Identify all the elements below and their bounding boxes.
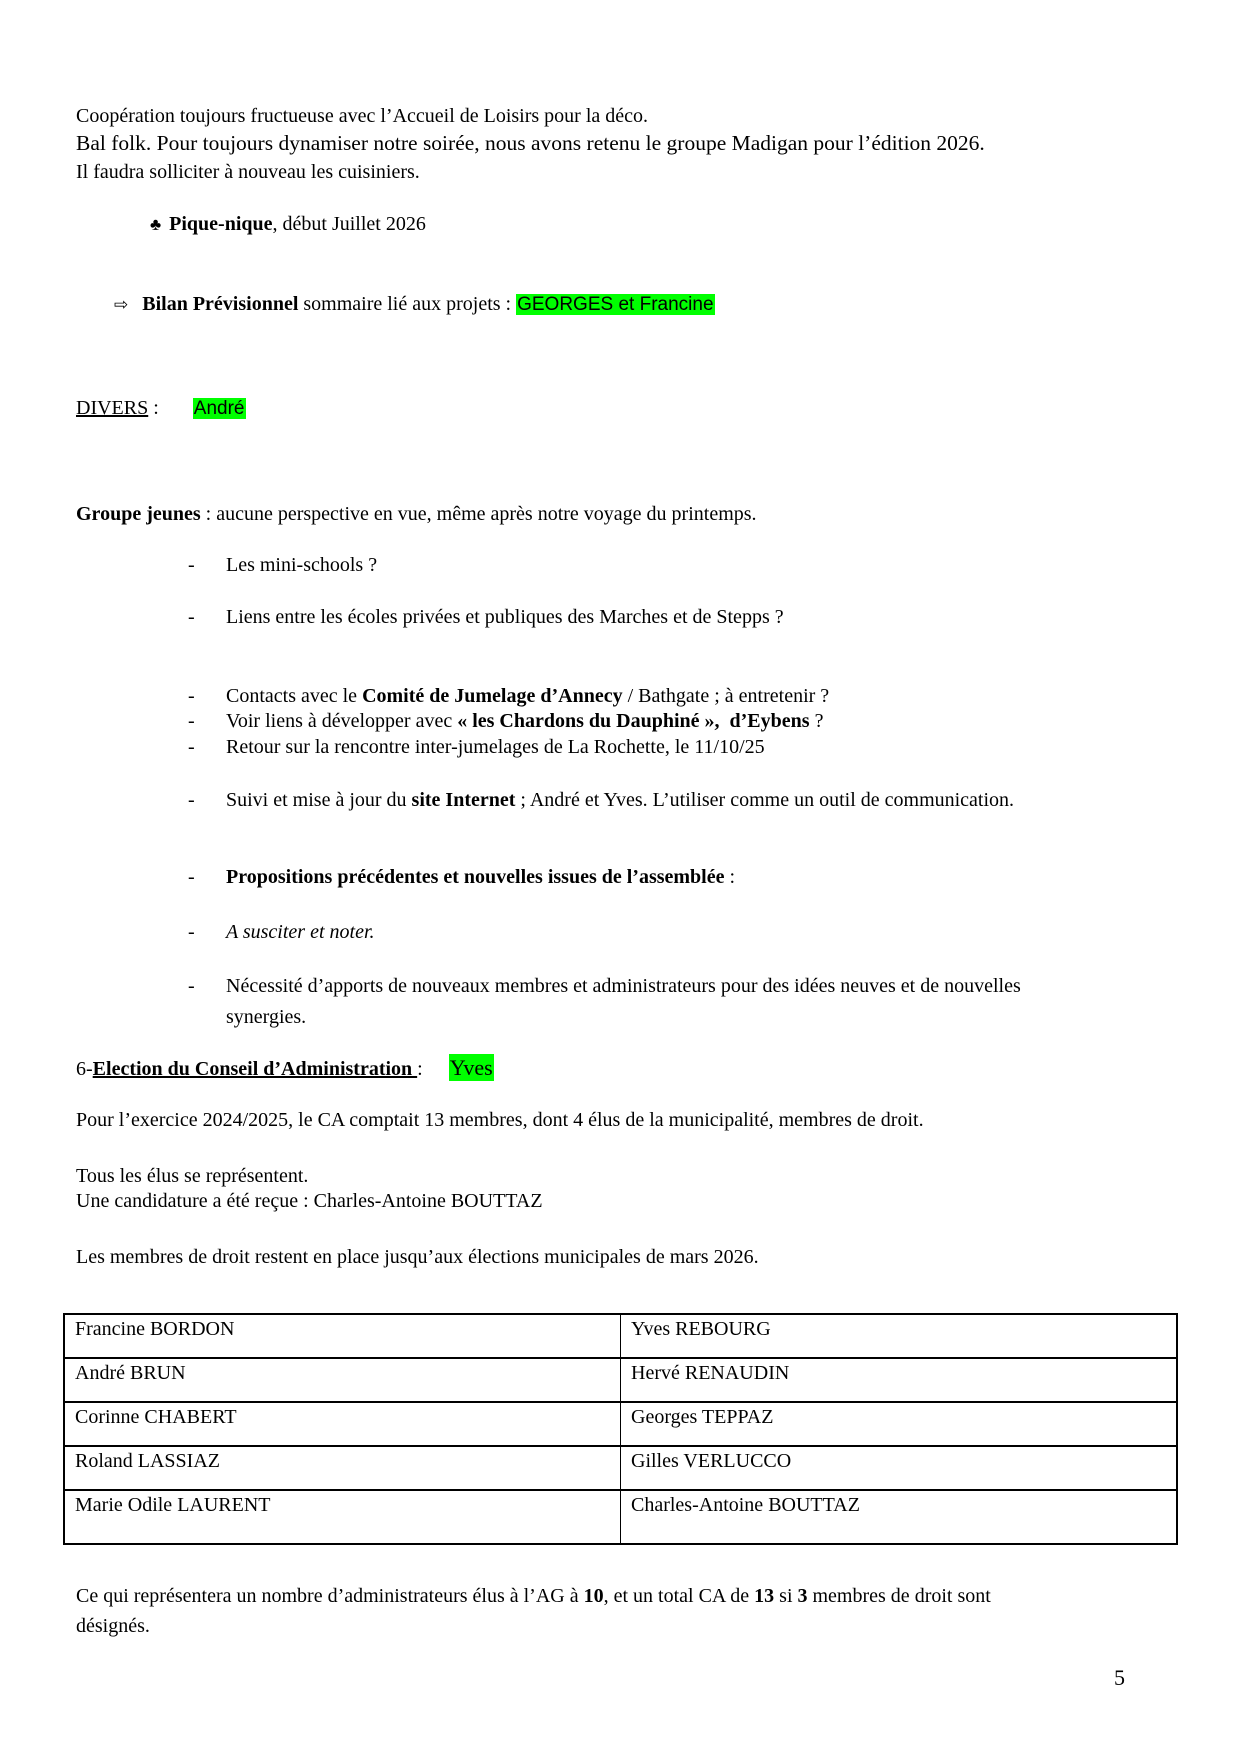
groupe-jeunes: Groupe jeunes : aucune perspective en vu…: [76, 502, 757, 526]
text-bold: Comité de Jumelage d’Annecy: [362, 685, 623, 707]
elected-count: 10: [584, 1585, 604, 1607]
table-row: Francine BORDON Yves REBOURG: [64, 1314, 1177, 1358]
text-bold: site Internet: [412, 789, 516, 811]
text-part: / Bathgate ; à entretenir ?: [623, 685, 830, 707]
dash-bullet: -: [188, 971, 195, 1001]
intro-line-1: Coopération toujours fructueuse avec l’A…: [76, 104, 648, 128]
arrow-right-icon: ⇨: [114, 295, 128, 314]
conclusion-line-2: désignés.: [76, 1614, 150, 1638]
text-part: ?: [810, 710, 824, 732]
club-bullet-icon: ♣: [150, 215, 161, 234]
text-part: Contacts avec le: [226, 685, 362, 707]
list-item-text: Suivi et mise à jour du site Internet ; …: [226, 785, 1014, 815]
text-part: Ce qui représentera un nombre d’administ…: [76, 1585, 584, 1607]
table-row: Marie Odile LAURENT Charles-Antoine BOUT…: [64, 1490, 1177, 1544]
list-item-text: Propositions précédentes et nouvelles is…: [226, 862, 735, 892]
picnic-title: Pique-nique: [169, 213, 272, 235]
divers-heading: DIVERS :André: [76, 396, 246, 421]
text-part: :: [725, 866, 736, 888]
text-bold: Propositions précédentes et nouvelles is…: [226, 866, 725, 888]
list-item-text: A susciter et noter.: [226, 917, 375, 947]
list-item-text-continued: synergies.: [226, 1002, 306, 1032]
election-paragraph-1: Pour l’exercice 2024/2025, le CA comptai…: [76, 1108, 924, 1132]
dash-bullet: -: [188, 917, 195, 947]
election-colon: :: [417, 1058, 423, 1080]
dash-bullet: -: [188, 602, 195, 632]
election-title: Election du Conseil d’Administration: [93, 1058, 417, 1080]
picnic-text: , début Juillet 2026: [273, 213, 426, 235]
bilan-text: sommaire lié aux projets :: [298, 293, 516, 315]
table-cell: Charles-Antoine BOUTTAZ: [621, 1490, 1178, 1544]
dash-bullet: -: [188, 862, 195, 892]
picnic-item: ♣Pique-nique, début Juillet 2026: [150, 212, 426, 237]
election-heading: 6-Election du Conseil d’Administration :…: [76, 1056, 494, 1081]
conclusion-line-1: Ce qui représentera un nombre d’administ…: [76, 1584, 991, 1608]
table-cell: André BRUN: [64, 1358, 621, 1402]
table-cell: Francine BORDON: [64, 1314, 621, 1358]
groupe-jeunes-text: : aucune perspective en vue, même après …: [201, 503, 757, 525]
table-cell: Corinne CHABERT: [64, 1402, 621, 1446]
table-cell: Georges TEPPAZ: [621, 1402, 1178, 1446]
table-cell: Roland LASSIAZ: [64, 1446, 621, 1490]
election-highlight: Yves: [449, 1054, 494, 1081]
list-item-text: Les mini-schools ?: [226, 550, 377, 580]
text-part: , et un total CA de: [604, 1585, 755, 1607]
election-number: 6-: [76, 1058, 93, 1080]
dash-bullet: -: [188, 785, 195, 815]
list-item-text: Nécessité d’apports de nouveaux membres …: [226, 971, 1021, 1001]
groupe-jeunes-title: Groupe jeunes: [76, 503, 201, 525]
election-paragraph-3: Une candidature a été reçue : Charles-An…: [76, 1189, 543, 1213]
text-part: ; André et Yves. L’utiliser comme un out…: [515, 789, 1014, 811]
bilan-item: ⇨Bilan Prévisionnel sommaire lié aux pro…: [114, 292, 715, 317]
list-item-text: Liens entre les écoles privées et publiq…: [226, 602, 784, 632]
divers-highlight: André: [193, 398, 246, 419]
table-row: André BRUN Hervé RENAUDIN: [64, 1358, 1177, 1402]
election-paragraph-4: Les membres de droit restent en place ju…: [76, 1245, 759, 1269]
text-part: si: [774, 1585, 797, 1607]
table-row: Corinne CHABERT Georges TEPPAZ: [64, 1402, 1177, 1446]
table-row: Roland LASSIAZ Gilles VERLUCCO: [64, 1446, 1177, 1490]
board-members-table: Francine BORDON Yves REBOURG André BRUN …: [63, 1313, 1178, 1545]
table-cell: Hervé RENAUDIN: [621, 1358, 1178, 1402]
divers-colon: :: [148, 397, 159, 419]
page-number: 5: [1114, 1666, 1125, 1690]
text-part: membres de droit sont: [808, 1585, 991, 1607]
intro-line-3: Il faudra solliciter à nouveau les cuisi…: [76, 160, 420, 184]
text-part: Voir liens à développer avec: [226, 710, 457, 732]
designated-count: 3: [798, 1585, 808, 1607]
list-item-text: Retour sur la rencontre inter-jumelages …: [226, 732, 765, 762]
divers-label: DIVERS: [76, 397, 148, 419]
election-paragraph-2: Tous les élus se représentent.: [76, 1164, 308, 1188]
dash-bullet: -: [188, 550, 195, 580]
intro-line-2: Bal folk. Pour toujours dynamiser notre …: [76, 131, 985, 155]
text-bold: « les Chardons du Dauphiné », d’Eybens: [457, 710, 809, 732]
total-count: 13: [754, 1585, 774, 1607]
dash-bullet: -: [188, 732, 195, 762]
table-cell: Yves REBOURG: [621, 1314, 1178, 1358]
bilan-title: Bilan Prévisionnel: [142, 293, 298, 315]
bilan-highlight: GEORGES et Francine: [516, 294, 714, 315]
table-cell: Marie Odile LAURENT: [64, 1490, 621, 1544]
table-cell: Gilles VERLUCCO: [621, 1446, 1178, 1490]
text-part: Suivi et mise à jour du: [226, 789, 412, 811]
